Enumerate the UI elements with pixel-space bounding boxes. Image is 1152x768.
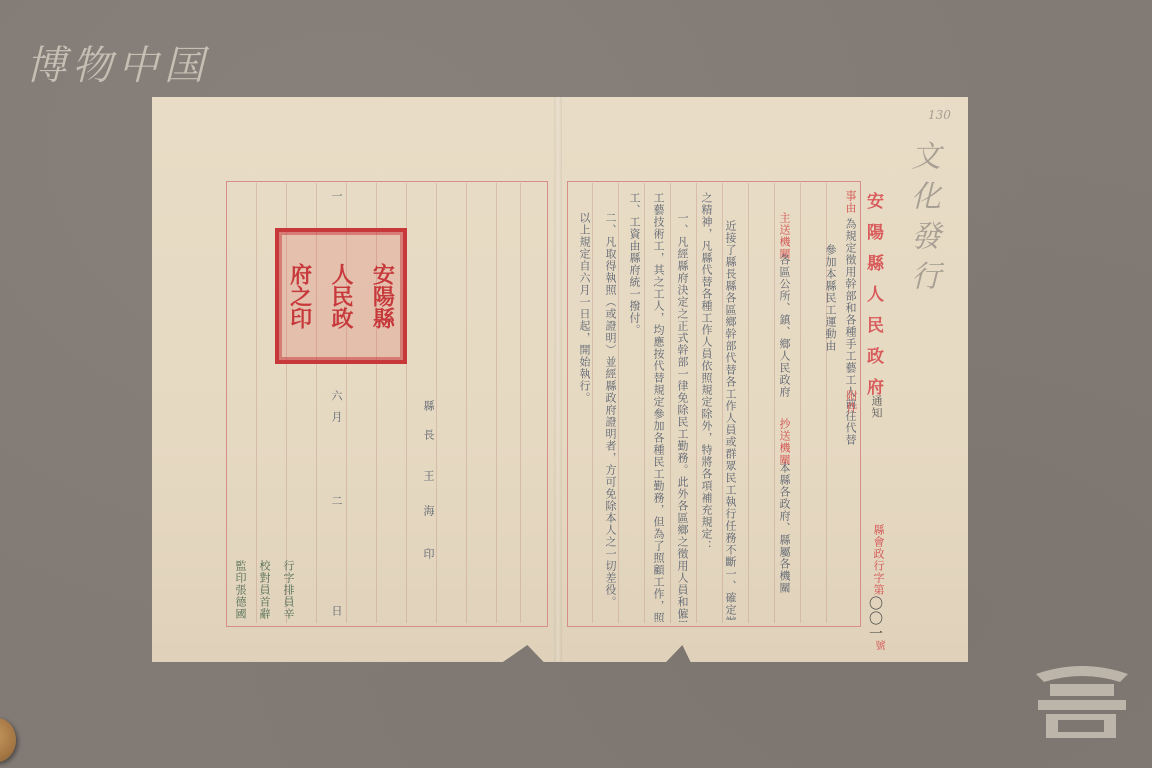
seal-text-column: 安陽縣	[370, 263, 394, 329]
footer-proofreader: 校對員首辭	[258, 560, 271, 620]
column-rule	[618, 183, 619, 623]
doc-number-suffix: 號	[872, 640, 885, 651]
column-rule	[520, 183, 521, 623]
column-rule	[774, 183, 775, 623]
body-line-4: 工藝技術工，其之工人，均應按代替規定參加各種民工勤務，但為了照顧工作，照顧生產，…	[652, 192, 665, 622]
column-rule	[670, 183, 671, 623]
issuer-title: 安陽縣人民政府	[866, 192, 879, 409]
body-line-1: 近接了縣長縣各區鄉幹部代替各工作人員或群眾民工執行任務不斷一、確定辦理一切事情，…	[724, 220, 737, 620]
column-rule	[496, 183, 497, 623]
footer-typist: 行字排員辛	[282, 560, 295, 620]
body-line-6: 二、凡取得執照（或證明）並經縣政府證明者，方可免除本人之一切差役。	[604, 212, 617, 622]
attachment-label: 附件	[845, 390, 858, 414]
column-rule	[722, 183, 723, 623]
date-day-suffix: 日	[330, 605, 343, 617]
cc-label: 抄送機關	[778, 418, 791, 466]
footer-seal-keeper: 監印張德國	[234, 560, 247, 620]
seal-text-column: 人民政	[329, 263, 353, 329]
column-rule	[466, 183, 467, 623]
column-rule	[436, 183, 437, 623]
column-rule	[644, 183, 645, 623]
signature-seal-word: 印	[422, 548, 435, 560]
doc-number: 〇〇一	[868, 596, 881, 641]
date-day: 二	[330, 495, 343, 507]
column-rule	[800, 183, 801, 623]
official-seal: 府之印 人民政 安陽縣	[275, 228, 407, 364]
recipient-label: 主送機關	[778, 212, 791, 260]
date-month: 六月	[330, 390, 343, 432]
document-fold	[554, 97, 562, 662]
recipient-text: 各區公所、鎮、鄉人民政府	[778, 254, 791, 398]
body-line-2: 之精神，凡縣代替各種工作人員依照規定除外，特將各項補充規定：	[700, 192, 713, 622]
date-year-mark: 一	[330, 190, 343, 202]
doc-number-prefix: 縣會政行字第	[872, 524, 885, 596]
signature-title: 縣長	[422, 400, 435, 458]
museum-watermark-logo: 博物中国	[26, 34, 210, 91]
subject-label: 事由	[844, 190, 857, 214]
seal-text-column: 府之印	[288, 263, 312, 329]
body-line-5: 工、工資由縣府統一撥付。	[628, 192, 641, 336]
handwritten-note: 文化發行	[900, 140, 944, 300]
subject-text-2: 參加本縣民工運動由	[824, 244, 837, 352]
body-line-7: 以上規定自六月一日起，開始執行。	[578, 212, 591, 404]
notice-type: 通知	[870, 395, 883, 419]
column-rule	[592, 183, 593, 623]
column-rule	[696, 183, 697, 623]
body-line-3: 一、凡經縣府決定之正式幹部一律免除民工勤務。此外各區鄉之徵用人員和僱用幹部與各種…	[676, 212, 689, 622]
signature-name: 王海	[422, 470, 435, 540]
column-rule	[748, 183, 749, 623]
museum-emblem-icon	[1032, 656, 1132, 740]
cc-text: 本縣各政府、縣屬各機關	[778, 462, 791, 594]
column-rule	[256, 183, 257, 623]
handwritten-number: 130	[928, 108, 951, 122]
